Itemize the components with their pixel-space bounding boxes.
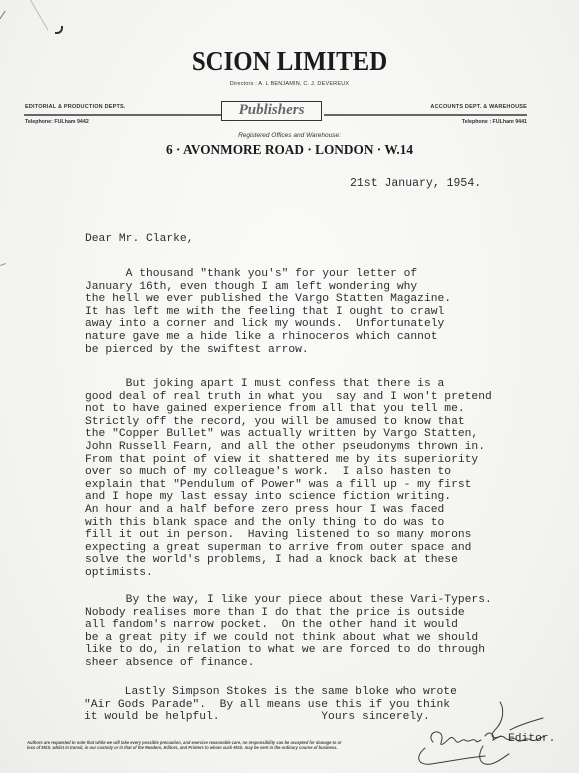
editorial-department: EDITORIAL & PRODUCTION DEPTS. <box>25 104 126 110</box>
directors-line: Directors : A. L BENJAMIN, C. J. DEVEREU… <box>0 81 579 87</box>
margin-mark <box>0 263 6 266</box>
paragraph-3: By the way, I like your piece about thes… <box>85 594 492 670</box>
paragraph-4-closing: Lastly Simpson Stokes is the same bloke … <box>84 686 457 724</box>
company-address: 6 · AVONMORE ROAD · LONDON · W.14 <box>14 143 564 159</box>
letter-page: SCION LIMITED Directors : A. L BENJAMIN,… <box>0 0 579 773</box>
company-name: SCION LIMITED <box>23 46 556 77</box>
accounts-telephone: Telephone : FULham 9441 <box>462 119 527 125</box>
ink-mark <box>55 26 63 34</box>
paragraph-1: A thousand "thank you's" for your letter… <box>85 268 451 356</box>
letter-date: 21st January, 1954. <box>350 178 481 191</box>
publishers-emblem: Publishers <box>221 101 322 121</box>
paper-crease <box>30 0 48 31</box>
registered-offices-label: Registered Offices and Warehouse: <box>0 132 579 139</box>
paragraph-2: But joking apart I must confess that the… <box>85 378 492 580</box>
salutation: Dear Mr. Clarke, <box>85 233 193 246</box>
signoff-title: Editor. <box>508 733 555 746</box>
pen-mark <box>0 11 6 20</box>
letterhead-rule-left <box>24 114 221 116</box>
editorial-telephone: Telephone: FULham 9442 <box>25 119 89 125</box>
letterhead-rule-right <box>324 114 527 116</box>
accounts-department: ACCOUNTS DEPT. & WAREHOUSE <box>430 104 527 110</box>
